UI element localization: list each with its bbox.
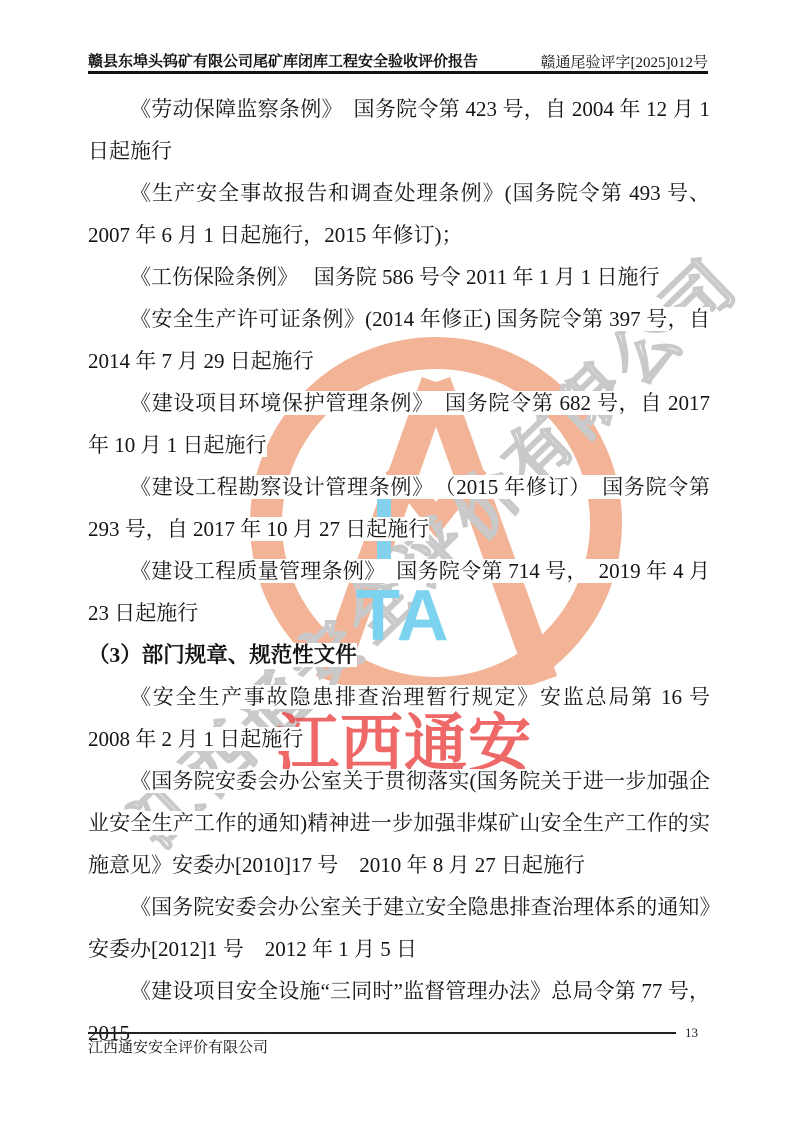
document-page: 江西通安全评价有限公司 TA 江西通安 赣县东埠头钨矿有限公司尾矿库闭库工程安全… [0, 0, 793, 1122]
paragraph-text: 《安全生产许可证条例》(2014 年修正) 国务院令第 397 号，自 2014… [88, 307, 710, 373]
document-body: 《劳动保障监察条例》 国务院令第 423 号，自 2004 年 12 月 1 日… [88, 88, 710, 1054]
header-doc-number: 赣通尾验评字[2025]012号 [541, 51, 709, 72]
paragraph-text: 《建设项目环境保护管理条例》 国务院令第 682 号，自 2017 年 10 月… [88, 391, 710, 457]
paragraph-text: 《建设项目安全设施“三同时”监督管理办法》总局令第 77 号，2015 [88, 979, 710, 1045]
paragraph-text: 《安全生产事故隐患排查治理暂行规定》安监总局第 16 号 2008 年 2 月 … [88, 685, 710, 751]
paragraph: 《生产安全事故报告和调查处理条例》(国务院令第 493 号、2007 年 6 月… [88, 172, 710, 256]
paragraph: 《国务院安委会办公室关于贯彻落实(国务院关于进一步加强企业安全生产工作的通知)精… [88, 760, 710, 886]
paragraph-text: 《建设工程勘察设计管理条例》 （2015 年修订） 国务院令第 293 号，自 … [88, 475, 710, 541]
paragraph-text: 《工伤保险条例》 国务院 586 号令 2011 年 1 月 1 日施行 [130, 265, 659, 289]
paragraph: 《安全生产许可证条例》(2014 年修正) 国务院令第 397 号，自 2014… [88, 298, 710, 382]
section-heading: （3）部门规章、规范性文件 [88, 634, 710, 676]
section-heading-text: （3）部门规章、规范性文件 [88, 643, 357, 667]
paragraph-text: 《建设工程质量管理条例》 国务院令第 714 号， 2019 年 4 月 23 … [88, 559, 710, 625]
paragraph: 《工伤保险条例》 国务院 586 号令 2011 年 1 月 1 日施行 [88, 256, 710, 298]
paragraph: 《建设工程勘察设计管理条例》 （2015 年修订） 国务院令第 293 号，自 … [88, 466, 710, 550]
paragraph-text: 《生产安全事故报告和调查处理条例》(国务院令第 493 号、2007 年 6 月… [88, 181, 710, 247]
paragraph: 《国务院安委会办公室关于建立安全隐患排查治理体系的通知》安委办[2012]1 号… [88, 886, 710, 970]
header-report-title: 赣县东埠头钨矿有限公司尾矿库闭库工程安全验收评价报告 [88, 50, 478, 71]
header-rule [88, 71, 708, 74]
paragraph: 《建设工程质量管理条例》 国务院令第 714 号， 2019 年 4 月 23 … [88, 550, 710, 634]
paragraph-text: 《劳动保障监察条例》 国务院令第 423 号，自 2004 年 12 月 1 日… [88, 97, 710, 163]
paragraph: 《建设项目环境保护管理条例》 国务院令第 682 号，自 2017 年 10 月… [88, 382, 710, 466]
paragraph: 《建设项目安全设施“三同时”监督管理办法》总局令第 77 号，2015 [88, 970, 710, 1054]
paragraph: 《安全生产事故隐患排查治理暂行规定》安监总局第 16 号 2008 年 2 月 … [88, 676, 710, 760]
paragraph-text: 《国务院安委会办公室关于贯彻落实(国务院关于进一步加强企业安全生产工作的通知)精… [88, 769, 710, 877]
paragraph: 《劳动保障监察条例》 国务院令第 423 号，自 2004 年 12 月 1 日… [88, 88, 710, 172]
paragraph-text: 《国务院安委会办公室关于建立安全隐患排查治理体系的通知》安委办[2012]1 号… [88, 895, 710, 961]
